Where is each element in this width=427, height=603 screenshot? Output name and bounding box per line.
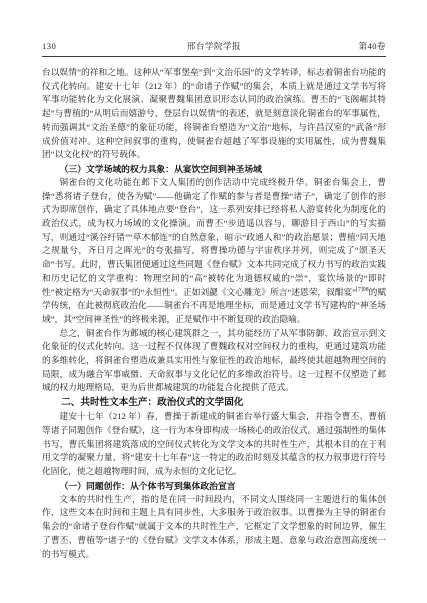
citation-marker: [7]98	[356, 287, 369, 293]
header-volume-label: 第40卷	[271, 40, 386, 52]
article-body: 台以娱情”的祥和之地。这种从“军事堡垒”到“文治乐园”的文学转译，标志着铜雀台功…	[42, 66, 386, 561]
section-heading-2: 二、共时性文本生产：政治仪式的文学固化	[42, 395, 386, 410]
page-content-area: 130 邢台学院学报 第40卷 台以娱情”的祥和之地。这种从“军事堡垒”到“文治…	[42, 40, 386, 561]
paragraph-summary: 总之，铜雀台作为邺城的核心建筑群之一，其功能经历了从军事防御、政治宣示到文化象征…	[42, 327, 386, 396]
header-journal-title: 邢台学院学报	[157, 40, 272, 52]
paragraph-jianan-17: 建安十七年（212 年）春，曹操于新建成的铜雀台举行盛大集会，并指令曹丕、曹植等…	[42, 410, 386, 479]
paragraph-synchronic-production: 文本的共时性生产，指的是在同一时间段内，不同文人围绕同一主题进行的集体创作，这些…	[42, 493, 386, 562]
journal-page: 130 邢台学院学报 第40卷 台以娱情”的祥和之地。这种从“军事堡垒”到“文治…	[0, 0, 427, 603]
header-page-number: 130	[42, 41, 157, 51]
subsection-heading-3: （三）文学场域的权力具象：从宴饮空间到神圣场域	[42, 162, 386, 176]
running-header: 130 邢台学院学报 第40卷	[42, 40, 386, 57]
subsection-heading-1: （一）同题创作：从个体书写到集体政治宣言	[42, 479, 386, 493]
paragraph-literary-field: 铜雀台的文化功能在邺下文人集团的创作活动中完成终极升华。铜雀台集会上，曹操“悉将…	[42, 176, 386, 327]
paragraph-text-before-citation: 铜雀台的文化功能在邺下文人集团的创作活动中完成终极升华。铜雀台集会上，曹操“悉将…	[42, 177, 386, 297]
paragraph-continuation: 台以娱情”的祥和之地。这种从“军事堡垒”到“文治乐园”的文学转译，标志着铜雀台功…	[42, 66, 386, 162]
